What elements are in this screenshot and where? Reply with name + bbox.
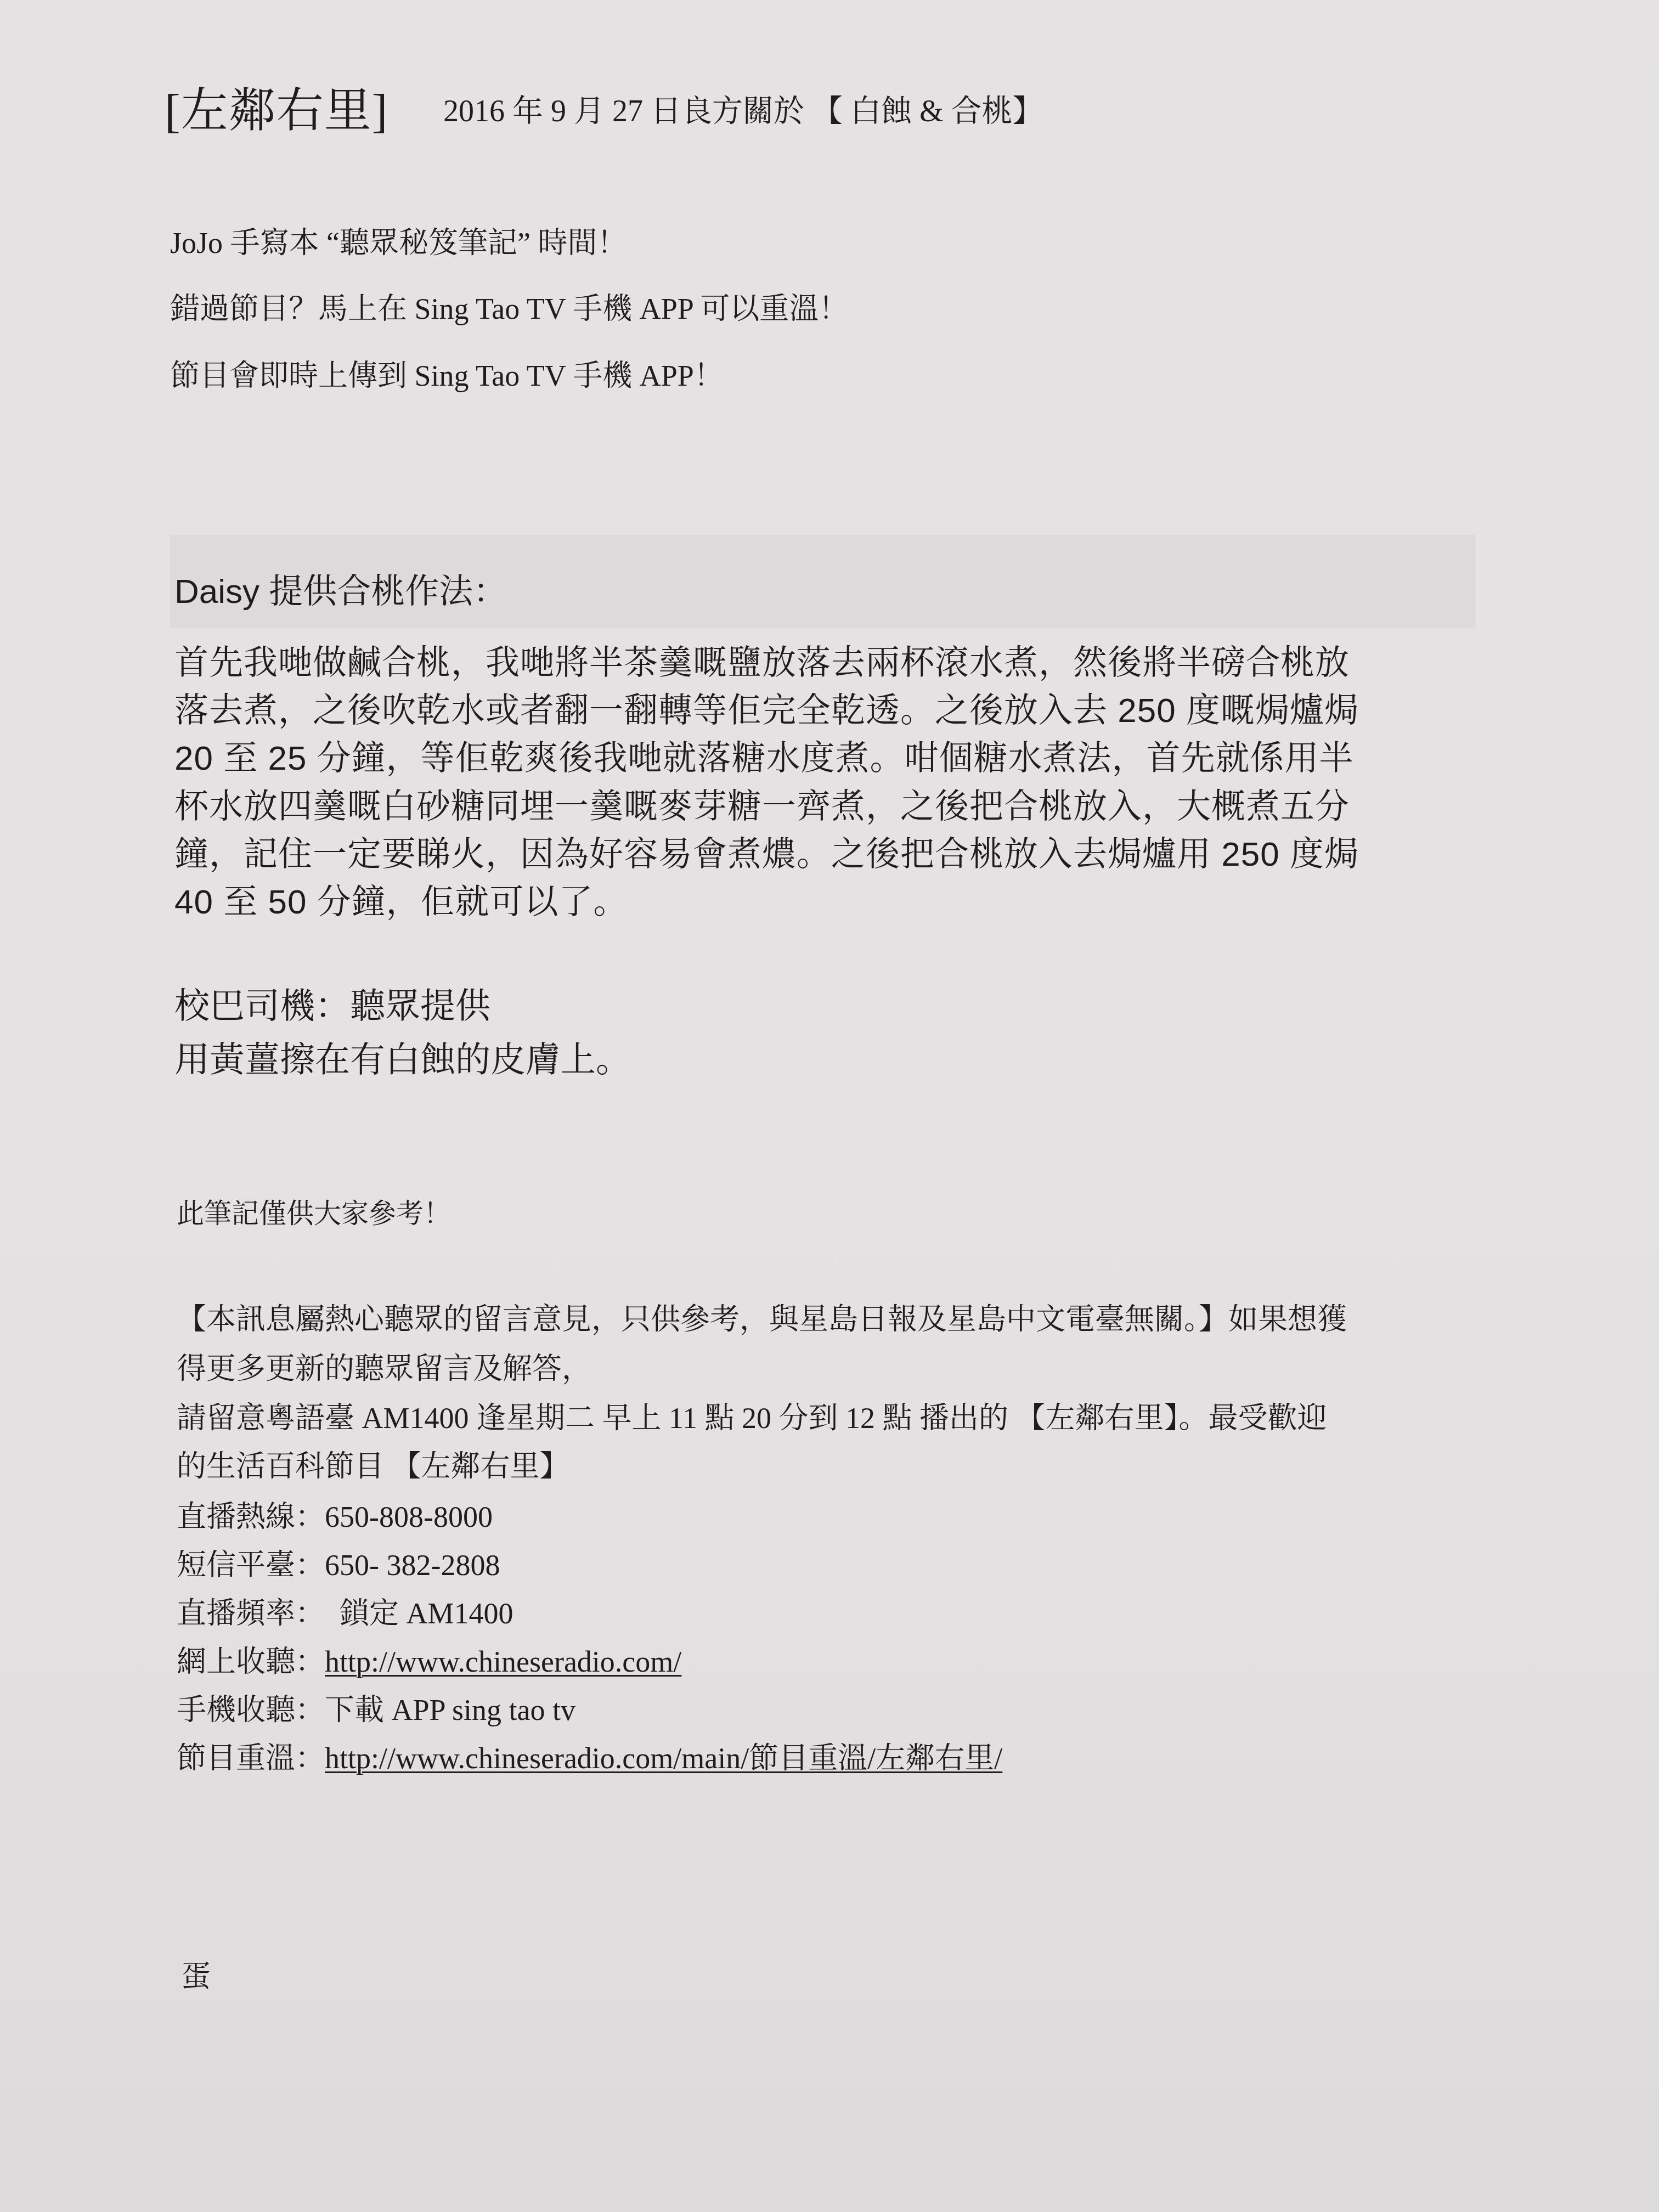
- replay-link[interactable]: http://www.chineseradio.com/main/節目重溫/左鄰…: [325, 1742, 1002, 1775]
- hotline-label: 直播熱線：: [177, 1500, 325, 1533]
- sms-number: 650- 382-2808: [325, 1549, 500, 1582]
- intro-line: 節目會即時上傳到 Sing Tao TV 手機 APP！: [170, 352, 724, 394]
- sms-row: 短信平臺：650- 382-2808: [177, 1542, 500, 1584]
- online-listen-link[interactable]: http://www.chineseradio.com/: [325, 1645, 681, 1678]
- mobile-listen-label: 手機收聽：: [177, 1694, 325, 1726]
- frequency-value: 鎖定 AM1400: [325, 1597, 513, 1630]
- document-page: [左鄰右里] 2016 年 9 月 27 日良方關於 【 白蝕 & 合桃】 Jo…: [0, 0, 1659, 2212]
- mobile-listen-row: 手機收聽：下載 APP sing tao tv: [177, 1686, 575, 1729]
- hotline-row: 直播熱線：650-808-8000: [177, 1493, 493, 1536]
- frequency-label: 直播頻率：: [177, 1597, 325, 1630]
- recipe-line: 首先我哋做鹹合桃，我哋將半茶羹嘅鹽放落去兩杯滾水煮，然後將半磅合桃放: [174, 635, 1350, 684]
- intro-line: JoJo 手寫本 “聽眾秘笈筆記” 時間！: [170, 219, 627, 262]
- sms-label: 短信平臺：: [177, 1549, 325, 1582]
- mobile-listen-value: 下載 APP sing tao tv: [325, 1694, 575, 1726]
- reference-note: 此筆記僅供大家參考！: [177, 1192, 451, 1231]
- recipe-line: 落去煮，之後吹乾水或者翻一翻轉等佢完全乾透。之後放入去 250 度嘅焗爐焗: [174, 683, 1359, 732]
- intro-line: 錯過節目？馬上在 Sing Tao TV 手機 APP 可以重溫！: [170, 285, 848, 328]
- date-topic-heading: 2016 年 9 月 27 日良方關於 【 白蝕 & 合桃】: [443, 87, 1043, 131]
- tip-body: 用黃薑擦在有白蝕的皮膚上。: [174, 1031, 631, 1082]
- recipe-line: 40 至 50 分鐘，佢就可以了。: [174, 874, 628, 923]
- recipe-heading: Daisy 提供合桃作法：: [174, 564, 507, 613]
- footer-character: 蛋: [181, 1953, 211, 1995]
- online-listen-label: 網上收聽：: [177, 1645, 325, 1678]
- recipe-line: 杯水放四羹嘅白砂糖同埋一羹嘅麥芽糖一齊煮，之後把合桃放入，大概煮五分: [174, 779, 1350, 828]
- disclaimer-line: 【本訊息屬熱心聽眾的留言意見，只供參考，與星島日報及星島中文電臺無關。】如果想獲: [177, 1296, 1347, 1338]
- online-listen-row: 網上收聽：http://www.chineseradio.com/: [177, 1638, 681, 1680]
- show-title: [左鄰右里]: [165, 72, 388, 140]
- replay-label: 節目重溫：: [177, 1742, 325, 1775]
- hotline-number: 650-808-8000: [325, 1500, 493, 1533]
- replay-row: 節目重溫：http://www.chineseradio.com/main/節目…: [177, 1735, 1002, 1777]
- disclaimer-line: 的生活百科節目 【左鄰右里】: [177, 1443, 569, 1485]
- disclaimer-line: 請留意粵語臺 AM1400 逢星期二 早上 11 點 20 分到 12 點 播出…: [177, 1395, 1327, 1437]
- frequency-row: 直播頻率： 鎖定 AM1400: [177, 1590, 513, 1632]
- tip-heading: 校巴司機：聽眾提供: [174, 978, 490, 1028]
- disclaimer-line: 得更多更新的聽眾留言及解答，: [177, 1345, 591, 1387]
- recipe-line: 鐘，記住一定要睇火，因為好容易會煮燶。之後把合桃放入去焗爐用 250 度焗: [174, 827, 1359, 876]
- recipe-line: 20 至 25 分鐘，等佢乾爽後我哋就落糖水度煮。咁個糖水煮法，首先就係用半: [174, 731, 1354, 780]
